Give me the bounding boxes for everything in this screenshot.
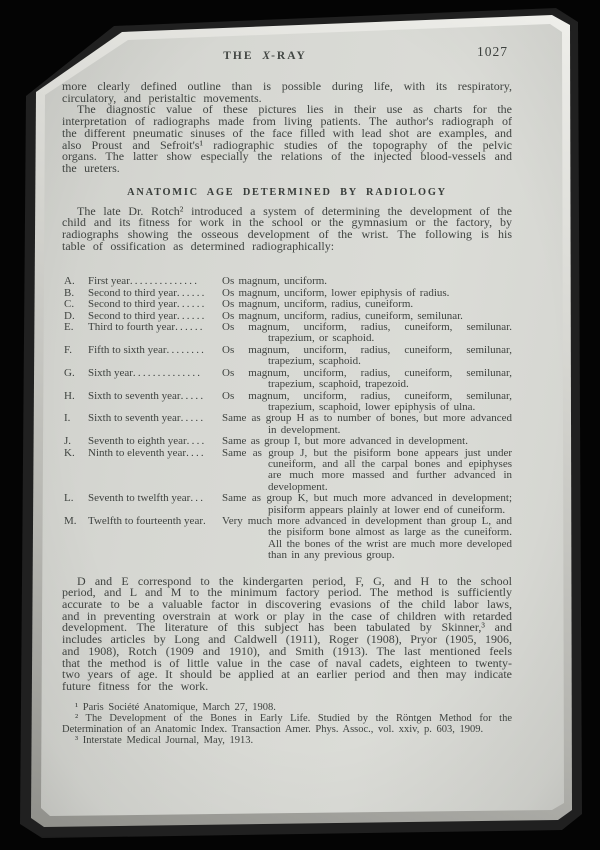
page-number: 1027 (477, 44, 508, 60)
row-term: Second to third year...... (88, 311, 222, 322)
title-pre: THE (223, 50, 262, 62)
running-head-title: THE X-RAY (223, 50, 307, 62)
row-term: Sixth to seventh year..... (88, 413, 222, 436)
ossification-row: E. Third to fourth year...... Os magnum,… (62, 322, 512, 345)
row-leader-dots: .............. (130, 276, 199, 287)
row-term: Sixth to seventh year..... (88, 391, 222, 414)
row-term: Second to third year...... (88, 288, 222, 299)
row-term-text: Third to fourth year (88, 322, 175, 333)
row-description: Same as group J, but the pisiform bone a… (222, 448, 512, 494)
ossification-table: A. First year.............. Os magnum, u… (62, 276, 512, 561)
row-description: Os magnum, unciform, radius, cuneiform, … (222, 322, 512, 345)
ossification-row: J. Seventh to eighth year.... Same as gr… (62, 436, 512, 447)
row-term: Twelfth to fourteenth year. (88, 516, 222, 562)
ossification-row: L. Seventh to twelfth year... Same as gr… (62, 493, 512, 516)
row-term-text: Second to third year (88, 311, 177, 322)
ossification-row: M. Twelfth to fourteenth year. Very much… (62, 516, 512, 562)
row-leader-dots: ...... (175, 322, 205, 333)
rotch-paragraph: The late Dr. Rotch² introduced a system … (62, 206, 512, 253)
row-leader-dots: ...... (177, 311, 207, 322)
row-term-text: Second to third year (88, 299, 177, 310)
row-term-text: Seventh to eighth year (88, 436, 187, 447)
footnotes: ¹ Paris Société Anatomique, March 27, 19… (62, 702, 512, 746)
row-letter: C. (62, 299, 88, 310)
row-letter: L. (62, 493, 88, 516)
row-description: Os magnum, unciform, radius, cuneiform, … (222, 391, 512, 414)
row-letter: E. (62, 322, 88, 345)
row-letter: K. (62, 448, 88, 494)
footnote: ³ Interstate Medical Journal, May, 1913. (62, 735, 512, 746)
intro-paragraph-continuation: more clearly defined outline than is pos… (62, 81, 512, 104)
row-description: Os magnum, unciform, radius, cuneiform. (222, 299, 512, 310)
row-term: Ninth to eleventh year.... (88, 448, 222, 494)
row-leader-dots: ...... (177, 288, 207, 299)
ossification-row: K. Ninth to eleventh year.... Same as gr… (62, 448, 512, 494)
row-leader-dots: ..... (181, 413, 206, 424)
row-leader-dots: .............. (133, 368, 202, 379)
row-term-text: Fifth to sixth year (88, 345, 167, 356)
row-term-text: First year (88, 276, 130, 287)
ossification-row: G. Sixth year.............. Os magnum, u… (62, 368, 512, 391)
ossification-row: I. Sixth to seventh year..... Same as gr… (62, 413, 512, 436)
row-letter: H. (62, 391, 88, 414)
footnote: ¹ Paris Société Anatomique, March 27, 19… (62, 702, 512, 713)
row-description: Very much more advanced in development t… (222, 516, 512, 562)
ossification-row: F. Fifth to sixth year........ Os magnum… (62, 345, 512, 368)
row-term: Sixth year.............. (88, 368, 222, 391)
row-description: Same as group I, but more advanced in de… (222, 436, 512, 447)
row-term-text: Second to third year (88, 288, 177, 299)
diagnostic-value-paragraph: The diagnostic value of these pictures l… (62, 104, 512, 174)
row-letter: I. (62, 413, 88, 436)
row-term-text: Ninth to eleventh year (88, 448, 186, 459)
footnote: ² The Development of the Bones in Early … (62, 713, 512, 735)
row-description: Os magnum, unciform, radius, cuneiform, … (222, 345, 512, 368)
row-description: Same as group H as to number of bones, b… (222, 413, 512, 436)
title-post: -RAY (271, 50, 307, 62)
ossification-row: C. Second to third year...... Os magnum,… (62, 299, 512, 310)
row-term: Second to third year...... (88, 299, 222, 310)
running-head: THE X-RAY 1027 (62, 46, 512, 61)
row-leader-dots: ...... (177, 299, 207, 310)
section-heading: ANATOMIC AGE DETERMINED BY RADIOLOGY (62, 187, 512, 198)
row-term: Seventh to eighth year.... (88, 436, 222, 447)
row-leader-dots: .... (187, 436, 207, 447)
row-leader-dots: ... (190, 493, 205, 504)
row-leader-dots: .... (186, 448, 206, 459)
title-italic-x: X (262, 50, 271, 62)
row-term-text: Seventh to twelfth year (88, 493, 190, 504)
row-letter: G. (62, 368, 88, 391)
row-term-text: Sixth to seventh year (88, 391, 181, 402)
row-term-text: Sixth to seventh year (88, 413, 181, 424)
row-leader-dots: ..... (181, 391, 206, 402)
row-term-text: Twelfth to fourteenth year (88, 516, 203, 527)
ossification-row: H. Sixth to seventh year..... Os magnum,… (62, 391, 512, 414)
page-content: THE X-RAY 1027 more clearly defined outl… (62, 44, 512, 746)
row-term: First year.............. (88, 276, 222, 287)
row-letter: M. (62, 516, 88, 562)
row-letter: F. (62, 345, 88, 368)
row-term: Seventh to twelfth year... (88, 493, 222, 516)
row-leader-dots: . (203, 516, 208, 527)
row-letter: J. (62, 436, 88, 447)
row-description: Os magnum, unciform, radius, cuneiform, … (222, 368, 512, 391)
row-description: Same as group K, but much more advanced … (222, 493, 512, 516)
row-term: Fifth to sixth year........ (88, 345, 222, 368)
row-leader-dots: ........ (167, 345, 207, 356)
photographed-book-page: THE X-RAY 1027 more clearly defined outl… (0, 0, 600, 850)
row-term-text: Sixth year (88, 368, 133, 379)
concluding-paragraph: D and E correspond to the kindergarten p… (62, 576, 512, 693)
row-term: Third to fourth year...... (88, 322, 222, 345)
